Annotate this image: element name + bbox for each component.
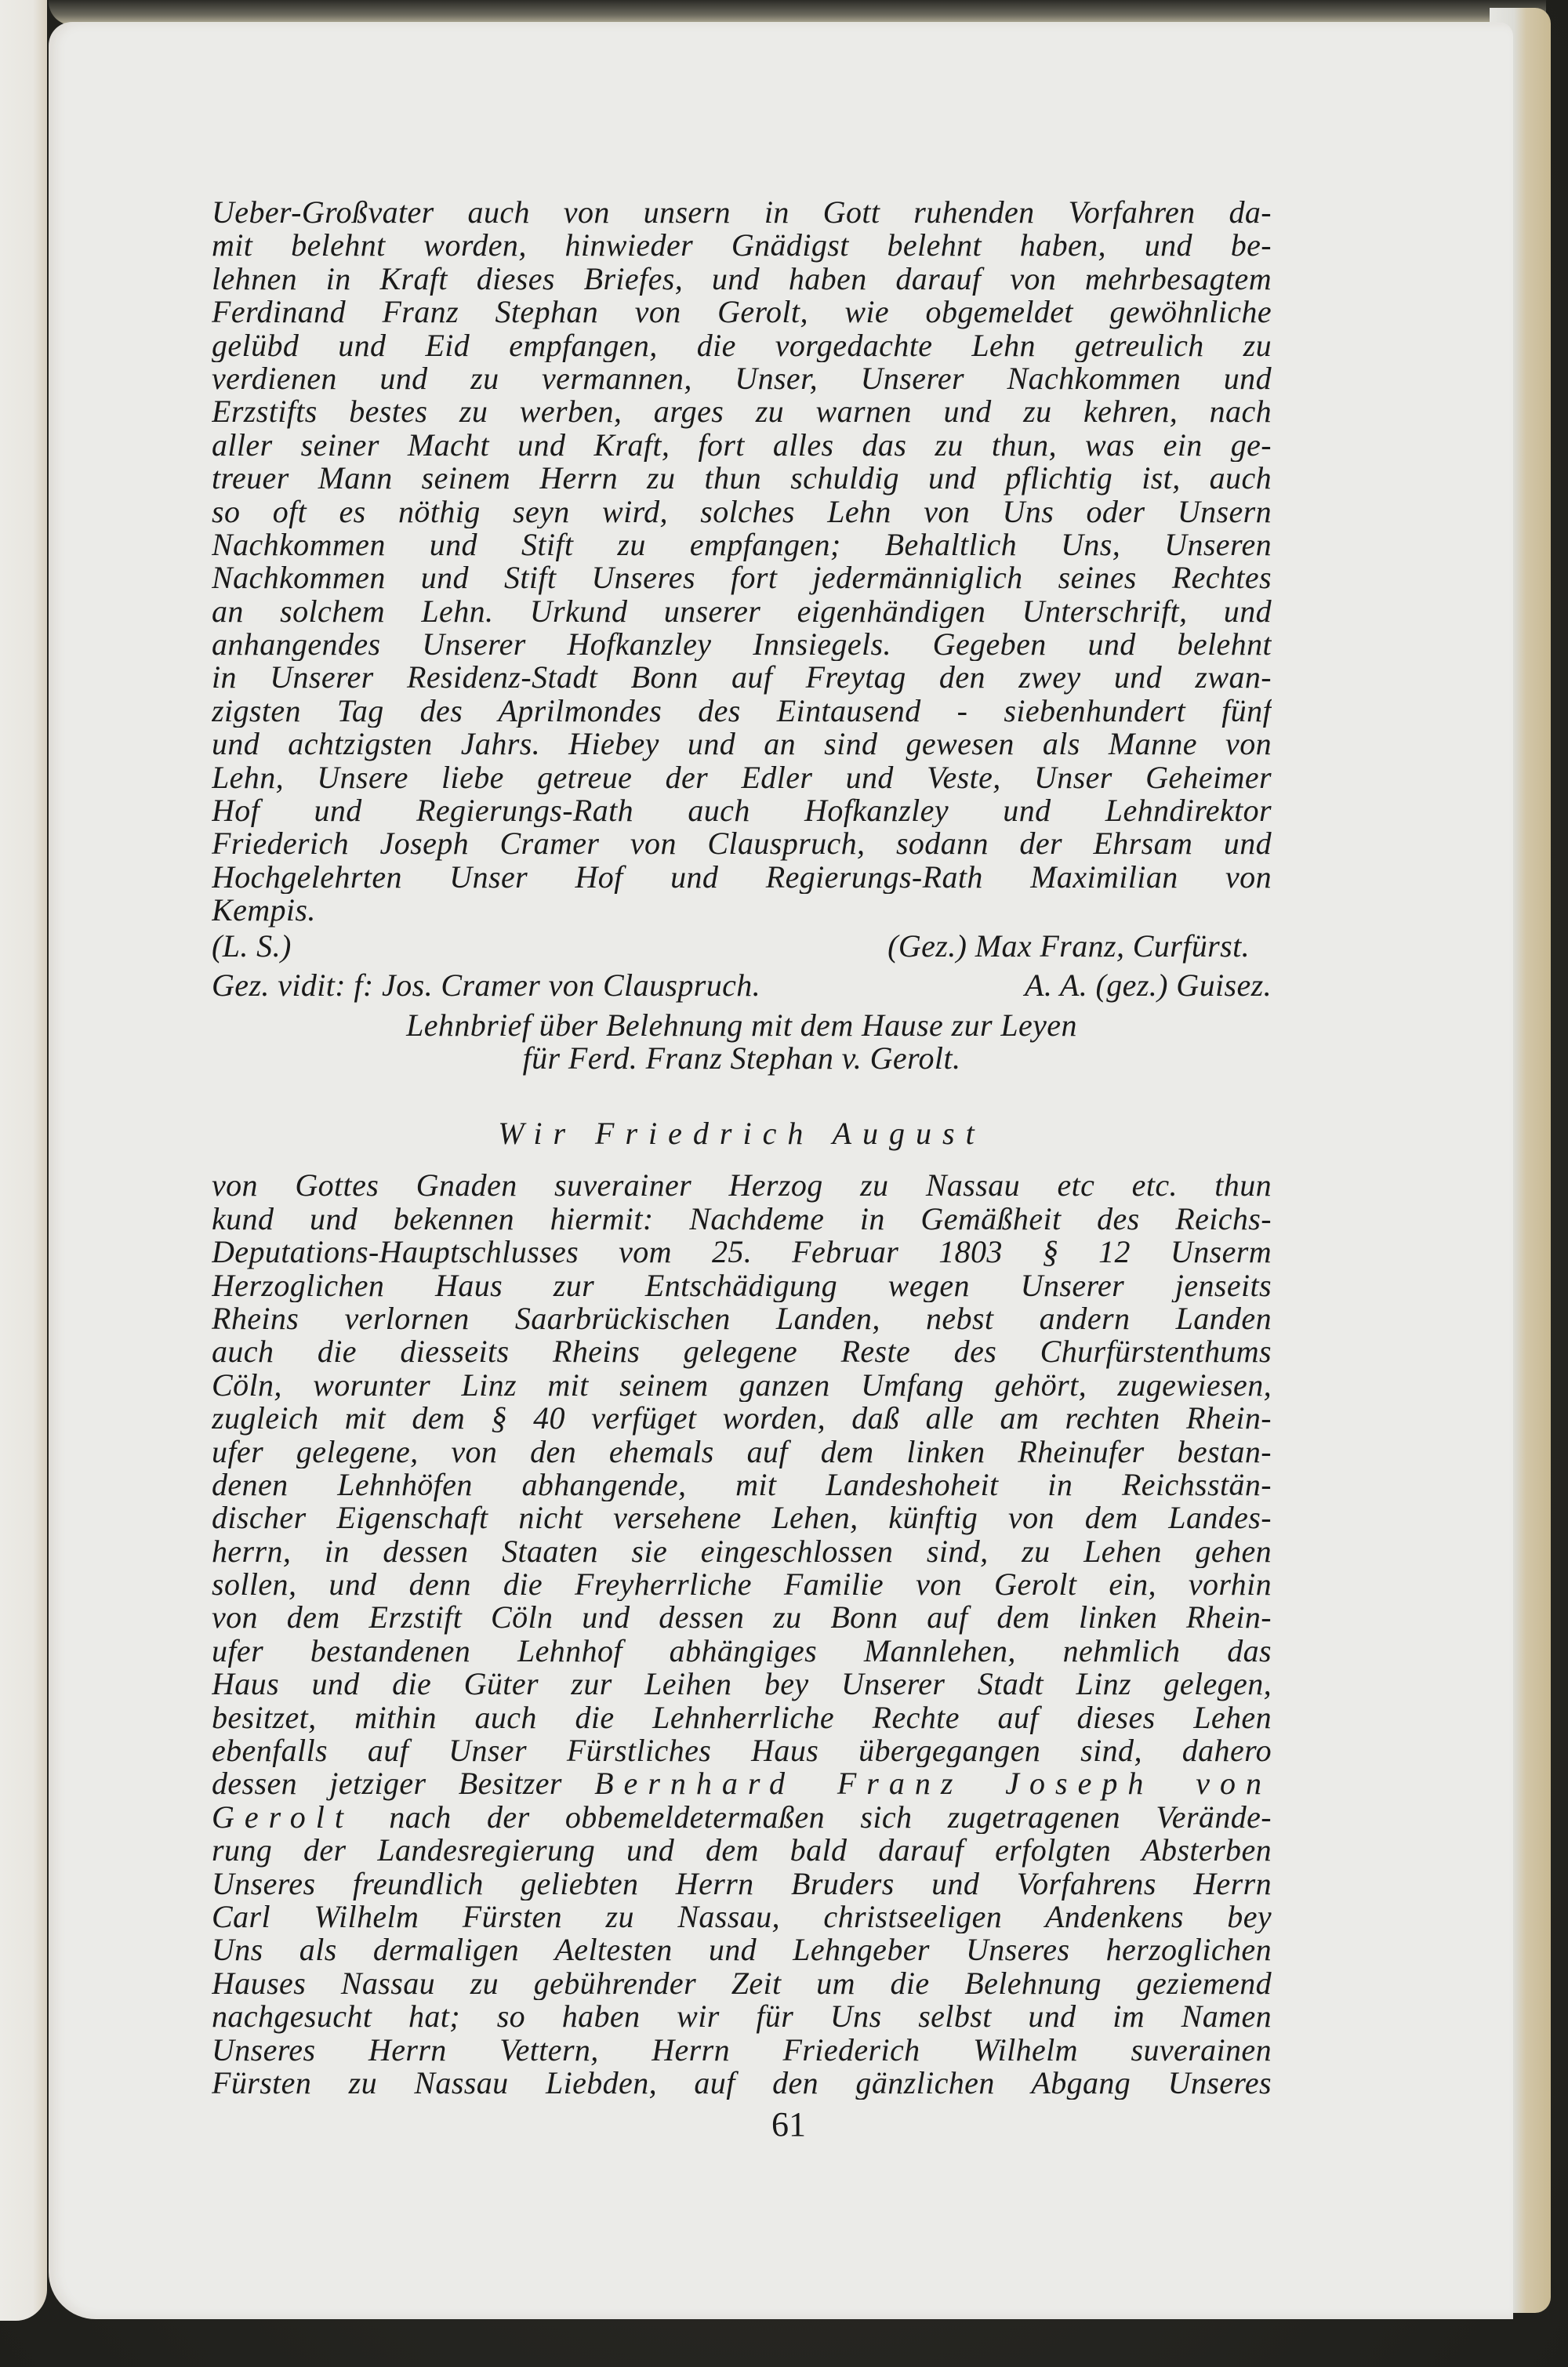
text-line: Rheins verlornen Saarbrückischen Landen,… (212, 1302, 1272, 1335)
text-line: lehnen in Kraft dieses Briefes, und habe… (212, 263, 1272, 296)
text-line: Nachkommen und Stift Unseres fort jederm… (212, 561, 1272, 594)
text-line: besitzet, mithin auch die Lehnherrliche … (212, 1701, 1272, 1734)
signature-row-vidit: Gez. vidit: f: Jos. Cramer von Clauspruc… (212, 968, 1272, 1003)
gerolt-rest: nach der obbemeldetermaßen sich zugetrag… (389, 1801, 1272, 1834)
text-line: Haus und die Güter zur Leihen bey Unsere… (212, 1668, 1272, 1701)
paragraph-nassau-decree: von Gottes Gnaden suverainer Herzog zu N… (212, 1169, 1272, 2100)
text-line: Ferdinand Franz Stephan von Gerolt, wie … (212, 296, 1272, 329)
text-line: Unseres Herrn Vettern, Herrn Friederich … (212, 2034, 1272, 2067)
text-line: anhangendes Unserer Hofkanzley Innsiegel… (212, 628, 1272, 661)
text-line: aller seiner Macht und Kraft, fort alles… (212, 429, 1272, 462)
paragraph-lehnbrief-conclusion: Ueber-Großvater auch von unsern in Gott … (212, 196, 1272, 928)
seal-mark: (L. S.) (212, 929, 292, 964)
text-line: in Unserer Residenz-Stadt Bonn auf Freyt… (212, 661, 1272, 694)
text-line: Uns als dermaligen Aeltesten und Lehngeb… (212, 1933, 1272, 1966)
text-line: von Gottes Gnaden suverainer Herzog zu N… (212, 1169, 1272, 1202)
owner-prefix: dessen jetziger Besitzer (212, 1767, 562, 1800)
text-line: Ueber-Großvater auch von unsern in Gott … (212, 196, 1272, 229)
text-line: Hochgelehrten Unser Hof und Regierungs-R… (212, 861, 1272, 894)
text-line: mit belehnt worden, hinwieder Gnädigst b… (212, 229, 1272, 262)
salutation-heading: Wir Friedrich August (212, 1117, 1272, 1152)
text-line: Carl Wilhelm Fürsten zu Nassau, christse… (212, 1900, 1272, 1933)
text-line: Friederich Joseph Cramer von Clauspruch,… (212, 827, 1272, 860)
section-title-line: Lehnbrief über Belehnung mit dem Hause z… (212, 1009, 1272, 1042)
text-line: denen Lehnhöfen abhangende, mit Landesho… (212, 1468, 1272, 1501)
text-line: ebenfalls auf Unser Fürstliches Haus übe… (212, 1734, 1272, 1767)
text-line: ufer bestandenen Lehnhof abhängiges Mann… (212, 1635, 1272, 1668)
text-line: discher Eigenschaft nicht versehene Lehe… (212, 1501, 1272, 1534)
page-text-block: Ueber-Großvater auch von unsern in Gott … (212, 196, 1272, 2100)
vidit-signature: Gez. vidit: f: Jos. Cramer von Clauspruc… (212, 968, 760, 1003)
text-line-gerolt: Gerolt nach der obbemeldetermaßen sich z… (212, 1801, 1272, 1834)
owner-name-spaced: Bernhard Franz Joseph von (594, 1767, 1272, 1800)
text-line: Fürsten zu Nassau Liebden, auf den gänzl… (212, 2067, 1272, 2100)
text-line: so oft es nöthig seyn wird, solches Lehn… (212, 496, 1272, 528)
text-line: und achtzigsten Jahrs. Hiebey und an sin… (212, 728, 1272, 761)
gerolt-name-spaced: Gerolt (212, 1801, 354, 1834)
text-line: kund und bekennen hiermit: Nachdeme in G… (212, 1203, 1272, 1236)
text-line: herrn, in dessen Staaten sie eingeschlos… (212, 1535, 1272, 1568)
text-line: sollen, und denn die Freyherrliche Famil… (212, 1568, 1272, 1601)
text-line: Lehn, Unsere liebe getreue der Edler und… (212, 761, 1272, 794)
text-line: Deputations-Hauptschlusses vom 25. Febru… (212, 1236, 1272, 1269)
text-line: treuer Mann seinem Herrn zu thun schuldi… (212, 462, 1272, 495)
text-line: Herzoglichen Haus zur Entschädigung wege… (212, 1269, 1272, 1302)
countersignature: A. A. (gez.) Guisez. (1025, 968, 1272, 1003)
text-line: Kempis. (212, 894, 1272, 927)
book-page: Ueber-Großvater auch von unsern in Gott … (49, 22, 1513, 2319)
elector-signature: (Gez.) Max Franz, Curfürst. (887, 929, 1272, 964)
text-line: Erzstifts bestes zu werben, arges zu war… (212, 395, 1272, 428)
text-line: zugleich mit dem § 40 verfüget worden, d… (212, 1402, 1272, 1435)
text-line-owner: dessen jetziger Besitzer Bernhard Franz … (212, 1767, 1272, 1800)
text-line: Hof und Regierungs-Rath auch Hofkanzley … (212, 794, 1272, 827)
text-line: nachgesucht hat; so haben wir für Uns se… (212, 2000, 1272, 2033)
text-line: zigsten Tag des Aprilmondes des Eintause… (212, 695, 1272, 728)
text-line: rung der Landesregierung und dem bald da… (212, 1834, 1272, 1867)
text-line: von dem Erzstift Cöln und dessen zu Bonn… (212, 1601, 1272, 1634)
text-line: Hauses Nassau zu gebührender Zeit um die… (212, 1967, 1272, 2000)
text-line: auch die diesseits Rheins gelegene Reste… (212, 1335, 1272, 1368)
text-line: Nachkommen und Stift zu empfangen; Behal… (212, 528, 1272, 561)
text-line: Unseres freundlich geliebten Herrn Brude… (212, 1868, 1272, 1900)
text-line: verdienen und zu vermannen, Unser, Unser… (212, 362, 1272, 395)
text-line: ufer gelegene, von den ehemals auf dem l… (212, 1436, 1272, 1468)
facing-page-edge (0, 0, 47, 2321)
text-line: gelübd und Eid empfangen, die vorgedacht… (212, 329, 1272, 362)
text-line: an solchem Lehn. Urkund unserer eigenhän… (212, 595, 1272, 628)
signature-row-seal: (L. S.) (Gez.) Max Franz, Curfürst. (212, 929, 1272, 964)
page-number: 61 (49, 2104, 1513, 2144)
text-line: Cöln, worunter Linz mit seinem ganzen Um… (212, 1369, 1272, 1402)
section-title-line: für Ferd. Franz Stephan v. Gerolt. (212, 1042, 1272, 1075)
